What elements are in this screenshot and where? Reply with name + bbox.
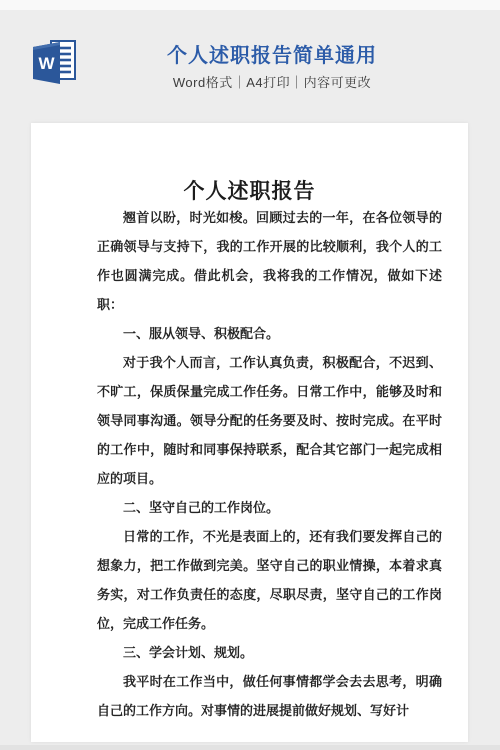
paragraph-section-3: 三、学会计划、规划。: [97, 638, 442, 667]
format-info: Word格式｜A4打印｜内容可更改: [44, 75, 500, 90]
document-heading: 个人述职报告: [31, 175, 468, 205]
paragraph: 我平时在工作当中，做任何事情都学会去去思考，明确自己的工作方向。对事情的进展提前…: [97, 667, 442, 725]
page-root: W 个人述职报告简单通用 Word格式｜A4打印｜内容可更改 个人述职报告 翘首…: [0, 0, 500, 750]
paragraph: 对于我个人而言，工作认真负责，积极配合，不迟到、不旷工，保质保量完成工作任务。日…: [97, 348, 442, 493]
paragraph: 翘首以盼，时光如梭。回顾过去的一年，在各位领导的正确领导与支持下，我的工作开展的…: [97, 203, 442, 319]
header-text: 个人述职报告简单通用 Word格式｜A4打印｜内容可更改: [44, 0, 500, 90]
page-title: 个人述职报告简单通用: [44, 45, 500, 67]
paragraph-section-1: 一、服从领导、积极配合。: [97, 319, 442, 348]
paragraph: 日常的工作，不光是表面上的，还有我们要发挥自己的想象力，把工作做到完美。坚守自己…: [97, 522, 442, 638]
document-preview-page: 个人述职报告 翘首以盼，时光如梭。回顾过去的一年，在各位领导的正确领导与支持下，…: [31, 123, 468, 742]
paragraph-section-2: 二、坚守自己的工作岗位。: [97, 493, 442, 522]
document-body: 翘首以盼，时光如梭。回顾过去的一年，在各位领导的正确领导与支持下，我的工作开展的…: [97, 203, 442, 725]
bottom-strip: [0, 745, 500, 750]
header: W 个人述职报告简单通用 Word格式｜A4打印｜内容可更改: [0, 0, 500, 123]
